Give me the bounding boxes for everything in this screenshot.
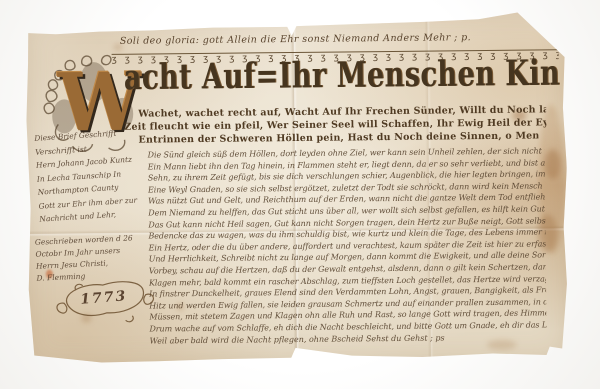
- manuscript-sheet: Soli deo gloria: gott Allein die Ehr son…: [23, 9, 569, 367]
- stain-blotch: [545, 149, 561, 179]
- fox-spot: [487, 340, 517, 350]
- year-cartouche: 1773: [53, 276, 156, 330]
- photo-background: Soli deo gloria: gott Allein die Ehr son…: [0, 0, 600, 389]
- intro-line: Entrinnen der Schweren Höllen pein, Hast…: [138, 130, 538, 145]
- margin-dedication-note: Diese Brief GeschrifftVerschrifft istHer…: [34, 127, 156, 229]
- closing-line: Weil aber bald wird die Nacht pflegen, o…: [150, 333, 445, 345]
- manuscript-body: Die Sünd gleich süß dem Höllen, dort ley…: [148, 146, 547, 336]
